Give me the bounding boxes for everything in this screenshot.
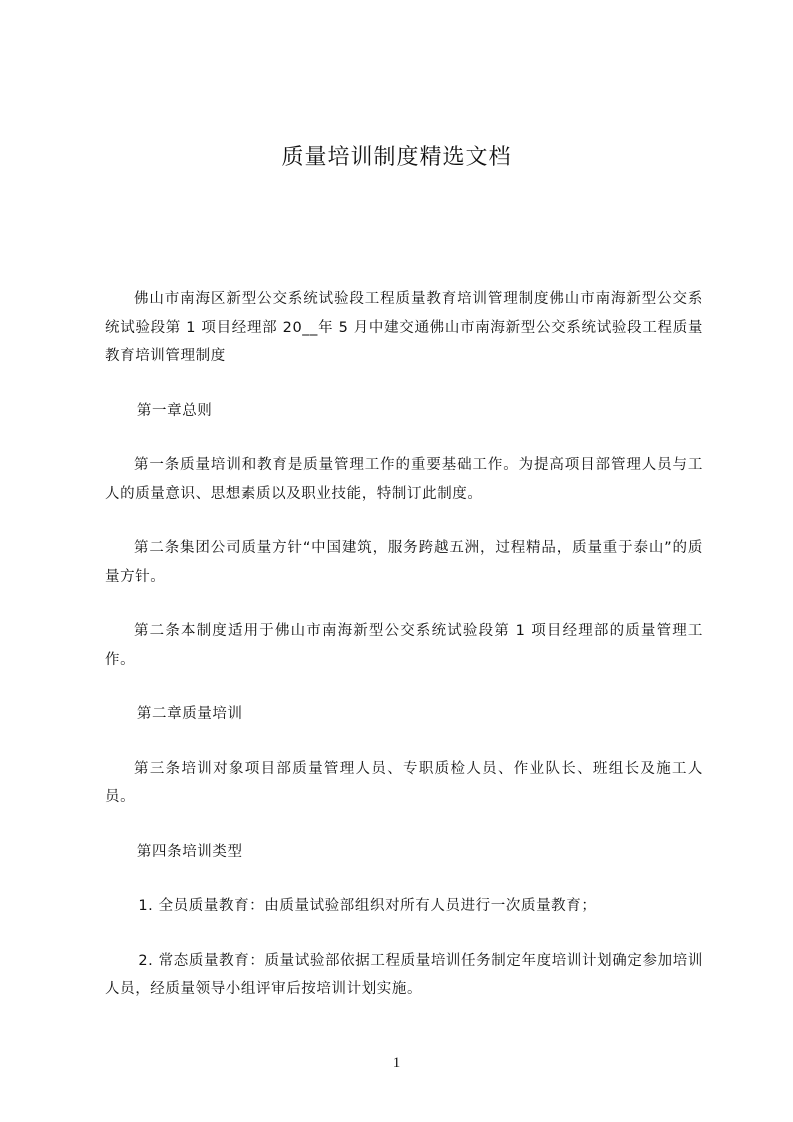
page-number: 1 [0,1055,793,1072]
chapter-1-heading: 第一章总则 [105,397,703,426]
article-4-heading: 第四条培训类型 [105,838,703,867]
list-item-1: 1. 全员质量教育：由质量试验部组织对所有人员进行一次质量教育； [105,892,703,921]
article-1-paragraph: 第一条质量培训和教育是质量管理工作的重要基础工作。为提高项目部管理人员与工人的质… [105,451,703,508]
article-3-paragraph: 第三条培训对象项目部质量管理人员、专职质检人员、作业队长、班组长及施工人员。 [105,755,703,812]
document-body: 佛山市南海区新型公交系统试验段工程质量教育培训管理制度佛山市南海新型公交系统试验… [105,285,703,1030]
article-2-quality-policy-paragraph: 第二条集团公司质量方针“中国建筑，服务跨越五洲，过程精品，质量重于泰山”的质量方… [105,534,703,591]
list-item-2: 2. 常态质量教育：质量试验部依据工程质量培训任务制定年度培训计划确定参加培训人… [105,947,703,1004]
intro-paragraph: 佛山市南海区新型公交系统试验段工程质量教育培训管理制度佛山市南海新型公交系统试验… [105,285,703,371]
article-2-scope-paragraph: 第二条本制度适用于佛山市南海新型公交系统试验段第 1 项目经理部的质量管理工作。 [105,617,703,674]
document-title: 质量培训制度精选文档 [0,140,793,171]
chapter-2-heading: 第二章质量培训 [105,700,703,729]
document-page: 质量培训制度精选文档 佛山市南海区新型公交系统试验段工程质量教育培训管理制度佛山… [0,0,793,1122]
